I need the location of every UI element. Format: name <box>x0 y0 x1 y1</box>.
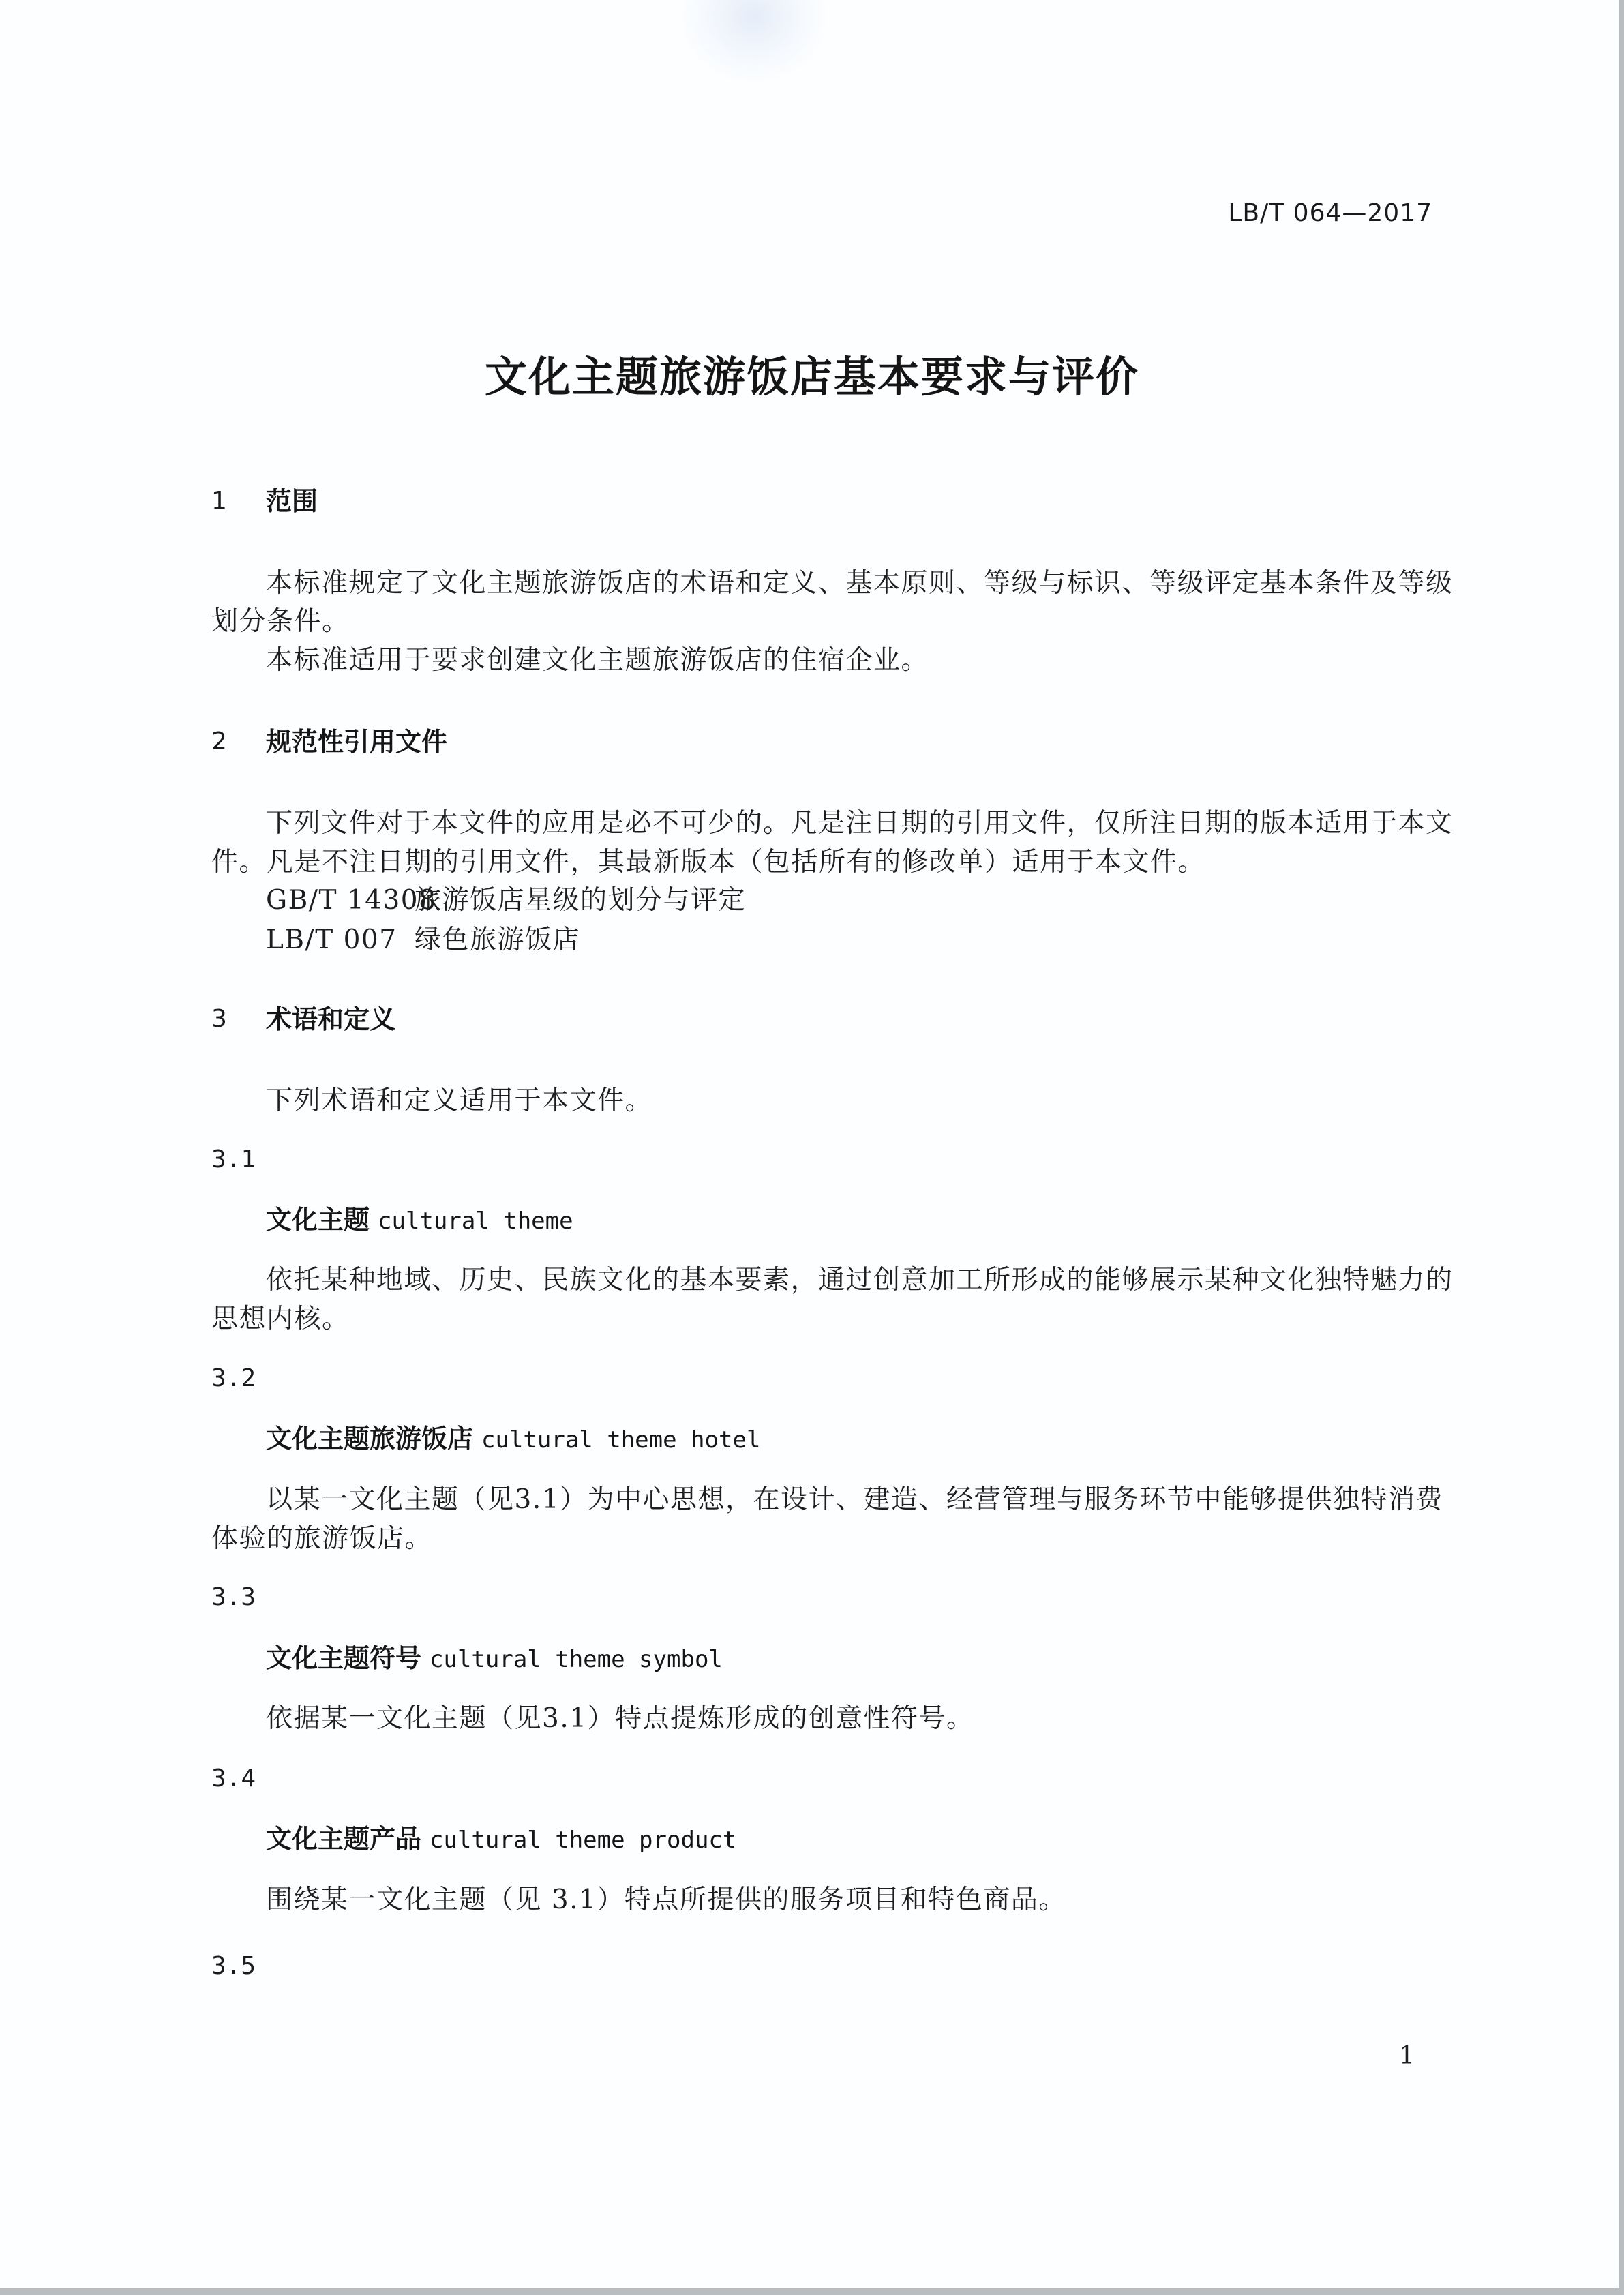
section-1-para-2: 本标准适用于要求创建文化主题旅游饭店的住宿企业。 <box>266 647 929 674</box>
term-definition-line: 依据某一文化主题（见3.1）特点提炼形成的创意性符号。 <box>266 1705 974 1732</box>
section-1-para-1-line-2: 划分条件。 <box>211 608 350 635</box>
term-heading: 文化主题cultural theme <box>266 1207 573 1233</box>
term-definition-line: 思想内核。 <box>211 1306 350 1332</box>
clause-3-5-number: 3.5 <box>211 1954 256 1979</box>
section-2-para-line-2: 件。凡是不注日期的引用文件，其最新版本（包括所有的修改单）适用于本文件。 <box>211 849 1205 875</box>
document-title: 文化主题旅游饭店基本要求与评价 <box>0 356 1624 398</box>
section-2-title: 规范性引用文件 <box>266 729 447 755</box>
clause-3-2-number: 3.2 <box>211 1366 256 1391</box>
section-1-title: 范围 <box>266 488 318 514</box>
clause-3-3-number: 3.3 <box>211 1585 256 1610</box>
section-3-intro: 下列术语和定义适用于本文件。 <box>266 1087 652 1114</box>
term-definition-line: 以某一文化主题（见3.1）为中心思想，在设计、建造、经营管理与服务环节中能够提供… <box>266 1486 1437 1513</box>
section-3-number: 3 <box>211 1007 227 1032</box>
term-zh: 文化主题符号 <box>266 1643 421 1673</box>
term-definition-line: 围绕某一文化主题（见 3.1）特点所提供的服务项目和特色商品。 <box>266 1887 1066 1913</box>
term-en: cultural theme product <box>430 1827 736 1854</box>
term-en: cultural theme hotel <box>481 1426 760 1454</box>
clause-3-1-number: 3.1 <box>211 1147 256 1172</box>
term-heading: 文化主题旅游饭店cultural theme hotel <box>266 1426 760 1452</box>
reference-code: LB/T 007 <box>266 927 415 953</box>
section-2-number: 2 <box>211 730 227 754</box>
scan-artifact <box>682 0 825 82</box>
section-3-title: 术语和定义 <box>266 1006 395 1032</box>
reference-title: 绿色旅游饭店 <box>415 925 580 955</box>
term-heading: 文化主题产品cultural theme product <box>266 1826 736 1852</box>
document-page: LB/T 064—2017 文化主题旅游饭店基本要求与评价 1 范围 本标准规定… <box>0 0 1619 2288</box>
section-2-para-line-1: 下列文件对于本文件的应用是必不可少的。凡是注日期的引用文件，仅所注日期的版本适用… <box>266 810 1437 837</box>
reference-item: LB/T 007绿色旅游饭店 <box>266 927 580 953</box>
term-zh: 文化主题产品 <box>266 1824 421 1854</box>
term-zh: 文化主题旅游饭店 <box>266 1424 473 1454</box>
term-definition-line: 体验的旅游饭店。 <box>211 1525 432 1552</box>
term-definition-line: 依托某种地域、历史、民族文化的基本要素，通过创意加工所形成的能够展示某种文化独特… <box>266 1267 1437 1293</box>
term-en: cultural theme symbol <box>430 1646 723 1673</box>
section-1-number: 1 <box>211 489 227 513</box>
standard-number: LB/T 064—2017 <box>1228 201 1432 226</box>
page-number: 1 <box>1399 2044 1415 2069</box>
reference-code: GB/T 14308 <box>266 887 415 914</box>
term-zh: 文化主题 <box>266 1205 370 1235</box>
term-heading: 文化主题符号cultural theme symbol <box>266 1645 723 1671</box>
term-en: cultural theme <box>378 1207 573 1235</box>
section-1-para-1-line-1: 本标准规定了文化主题旅游饭店的术语和定义、基本原则、等级与标识、等级评定基本条件… <box>266 570 1437 597</box>
reference-title: 旅游饭店星级的划分与评定 <box>415 885 746 916</box>
clause-3-4-number: 3.4 <box>211 1767 256 1791</box>
reference-item: GB/T 14308旅游饭店星级的划分与评定 <box>266 887 746 914</box>
